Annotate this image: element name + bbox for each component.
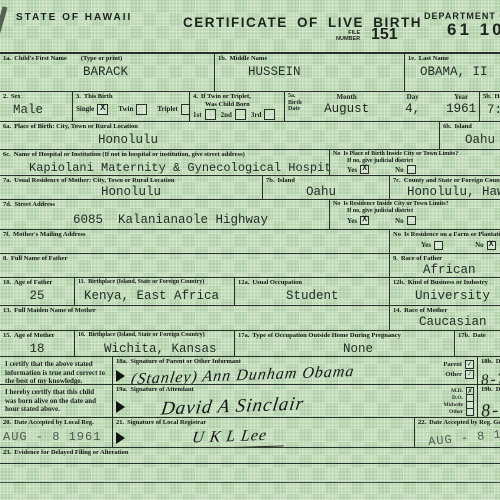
field-22-date-accepted-general: 22.Date Accepted by Reg. General AUG - 8… bbox=[415, 418, 500, 447]
field-6c-hospital: 6c.Name of Hospital or Institution (If n… bbox=[0, 150, 330, 175]
row-place-of-birth: 6a.Place of Birth: City, Town or Rural L… bbox=[0, 122, 500, 150]
reg-general-date-stamp: AUG - 8 1961 bbox=[428, 424, 500, 447]
security-paper-background: STATE OF HAWAII CERTIFICATE OF LIVE BIRT… bbox=[0, 0, 500, 500]
value-street-address: 6085 Kalanianaole Highway bbox=[73, 213, 326, 227]
form-grid: 1a.Child's First Name(Type or print) BAR… bbox=[0, 52, 500, 464]
row-hospital: 6c.Name of Hospital or Institution (If n… bbox=[0, 150, 500, 176]
value-hour: 7:24 P.M. bbox=[487, 103, 500, 117]
value-father-age: 25 bbox=[3, 289, 71, 303]
field-7a-residence-city: 7a.Usual Residence of Mother: City, Town… bbox=[0, 176, 263, 199]
value-occupation: Student bbox=[286, 289, 386, 303]
field-11-father-birthplace: 11.Birthplace (Island, State or Foreign … bbox=[75, 278, 235, 305]
value-birth-island: Oahu bbox=[465, 133, 500, 147]
field-12a-occupation: 12a.Usual Occupation Student bbox=[235, 278, 390, 305]
row-registrar: 20.Date Accepted by Local Reg. AUG - 8 1… bbox=[0, 418, 500, 448]
row-mother-details: 15.Age of Mother 18 16.Birthplace (Islan… bbox=[0, 331, 500, 357]
value-middle-name: HUSSEIN bbox=[248, 65, 401, 79]
field-5b-hour: 5b.Hour 7:24 P.M. bbox=[480, 92, 500, 121]
checkbox-7g-no: X bbox=[487, 241, 496, 250]
field-16-mother-birthplace: 16.Birthplace (Island, State or Foreign … bbox=[75, 331, 235, 356]
field-7g-farm: NoIs Residence on a Farm or Plantation? … bbox=[390, 230, 500, 253]
value-mother-birthplace: Wichita, Kansas bbox=[104, 342, 231, 356]
checkbox-parent: ✓ bbox=[465, 360, 474, 369]
field-17b-date: 17b.Date bbox=[455, 331, 500, 356]
value-occupation-pregnancy: None bbox=[343, 342, 451, 356]
bottom-rule bbox=[0, 482, 500, 483]
field-1e-last-name: 1e.Last Name OBAMA, II bbox=[405, 54, 500, 91]
field-23-delayed-filing: 23.Evidence for Delayed Filing or Altera… bbox=[0, 448, 500, 463]
value-mother-age: 18 bbox=[3, 342, 71, 356]
value-residence-city: Honolulu bbox=[101, 185, 259, 199]
signature-arrow-icon bbox=[116, 401, 125, 413]
field-7b-island: 7b.Island Oahu bbox=[263, 176, 390, 199]
field-5a-birth-date: 5a.BirthDate MonthAugust Day4, Year1961 bbox=[285, 92, 480, 121]
row-child-name: 1a.Child's First Name(Type or print) BAR… bbox=[0, 54, 500, 92]
value-birth-city: Honolulu bbox=[98, 133, 436, 147]
field-12b-business: 12b.Kind of Business or Industry Univers… bbox=[390, 278, 500, 305]
row-parent-signature: I certify that the above stated informat… bbox=[0, 357, 500, 385]
birth-year: Year1961 bbox=[434, 93, 480, 120]
certificate-document: STATE OF HAWAII CERTIFICATE OF LIVE BIRT… bbox=[0, 0, 500, 500]
value-mother-race: Caucasian bbox=[419, 315, 500, 329]
father-first: BARACK bbox=[81, 277, 126, 278]
field-14-mother-race: 14.Race of Mother Caucasian bbox=[390, 306, 500, 330]
field-9-father-race: 9.Race of Father African bbox=[390, 254, 500, 277]
field-13-mother-name: 13.Full Maiden Name of Mother STANLEY AN… bbox=[0, 306, 390, 330]
value-last-name: OBAMA, II bbox=[420, 65, 500, 79]
field-7c-county-state: 7c.County and State or Foreign Country H… bbox=[390, 176, 500, 199]
attendant-signature: David A Sinclair bbox=[159, 393, 305, 417]
field-17a-occupation-pregnancy: 17a.Type of Occupation Outside Home Duri… bbox=[235, 331, 455, 356]
parent-signature: (Stanley) Ann Dunham Obama bbox=[130, 363, 356, 384]
value-residence-island: Oahu bbox=[306, 185, 386, 199]
local-reg-date-stamp: AUG - 8 1961 bbox=[3, 430, 109, 444]
field-18a-parent-signature: 18a.Signature of Parent or Other Informa… bbox=[113, 357, 478, 384]
row-mailing-address: 7f.Mother's Mailing Address NoIs Residen… bbox=[0, 230, 500, 254]
field-21-registrar-signature: 21.Signature of Local Registrar U K L Le… bbox=[113, 418, 415, 447]
value-county-state: Honolulu, Hawaii bbox=[407, 185, 500, 199]
birth-day: Day4, bbox=[392, 93, 434, 120]
row-attendant-signature: I hereby certify that this child was bor… bbox=[0, 385, 500, 418]
value-business: University bbox=[415, 289, 500, 303]
row-street-address: 7d.Street Address 6085 Kalanianaole High… bbox=[0, 200, 500, 230]
checkbox-7g-yes bbox=[434, 241, 443, 250]
certification-statement-1: I certify that the above stated informat… bbox=[0, 357, 113, 384]
row-mother-residence: 7a.Usual Residence of Mother: City, Town… bbox=[0, 176, 500, 200]
document-header: STATE OF HAWAII CERTIFICATE OF LIVE BIRT… bbox=[0, 0, 500, 52]
checkbox-triplet bbox=[181, 104, 190, 115]
value-hospital: Kapiolani Maternity & Gynecological Hosp… bbox=[29, 161, 326, 175]
checkbox-7e-no bbox=[407, 216, 416, 225]
certificate-number: 61 10641 bbox=[447, 20, 500, 40]
value-first-name: BARACK bbox=[83, 65, 211, 79]
field-7f-mailing-address: 7f.Mother's Mailing Address bbox=[0, 230, 390, 253]
checkbox-attendant-other bbox=[466, 408, 474, 416]
field-1a-first-name: 1a.Child's First Name(Type or print) BAR… bbox=[0, 54, 215, 91]
field-6d-inside-limits: NoIs Place of Birth Inside City or Town … bbox=[330, 150, 500, 175]
field-1b-middle-name: 1b.Middle Name HUSSEIN bbox=[215, 54, 405, 91]
registrar-signature: U K L Lee bbox=[185, 426, 287, 447]
value-father-birthplace: Kenya, East Africa bbox=[84, 289, 231, 303]
value-19b-date: 8-8-61 bbox=[480, 395, 500, 417]
row-father-details: 10.Age of Father 25 11.Birthplace (Islan… bbox=[0, 278, 500, 306]
field-4-twin-order: 4.If Twin or Triplet,Was Child Born 1st … bbox=[190, 92, 285, 121]
checkbox-6d-yes: X bbox=[360, 165, 369, 174]
field-8-father-name: 8.Full Name of Father BARACK HUSSEIN OBA… bbox=[0, 254, 390, 277]
value-father-race: African bbox=[423, 263, 500, 277]
row-sex-birthdate: 2.Sex Male 3.This Birth SingleX Twin Tri… bbox=[0, 92, 500, 122]
file-number-label: FILE NUMBER bbox=[336, 30, 360, 42]
file-number-value: 151 bbox=[371, 26, 398, 44]
field-6b-island: 6b.Island Oahu bbox=[440, 122, 500, 149]
checkbox-single: X bbox=[97, 104, 108, 115]
checkbox-1st bbox=[205, 109, 216, 120]
certification-statement-2: I hereby certify that this child was bor… bbox=[0, 385, 113, 417]
checkbox-other-informant: ✓ bbox=[465, 370, 474, 379]
row-father-name: 8.Full Name of Father BARACK HUSSEIN OBA… bbox=[0, 254, 500, 278]
field-19b-date: 19b.Date 8-8-61 bbox=[478, 385, 500, 417]
checkbox-2nd bbox=[235, 109, 246, 120]
checkbox-7e-yes: X bbox=[360, 216, 369, 225]
state-label: STATE OF HAWAII bbox=[16, 12, 132, 23]
value-sex: Male bbox=[13, 103, 69, 117]
value-18b-date: 8-7-61 bbox=[480, 367, 500, 384]
field-7e-inside-limits: NoIs Residence Inside City or Town Limit… bbox=[330, 200, 500, 229]
row-mother-name: 13.Full Maiden Name of Mother STANLEY AN… bbox=[0, 306, 500, 331]
signature-arrow-icon bbox=[116, 370, 125, 382]
field-6a-place-of-birth: 6a.Place of Birth: City, Town or Rural L… bbox=[0, 122, 440, 149]
field-15-mother-age: 15.Age of Mother 18 bbox=[0, 331, 75, 356]
checkbox-6d-no bbox=[407, 165, 416, 174]
field-20-date-accepted-local: 20.Date Accepted by Local Reg. AUG - 8 1… bbox=[0, 418, 113, 447]
field-18b-date: 18b.Date 8-7-61 bbox=[478, 357, 500, 384]
field-3-this-birth: 3.This Birth SingleX Twin Triplet bbox=[73, 92, 190, 121]
field-2-sex: 2.Sex Male bbox=[0, 92, 73, 121]
mother-first: STANLEY bbox=[91, 329, 144, 331]
field-19a-attendant-signature: 19a.Signature of Attendant David A Sincl… bbox=[113, 385, 478, 417]
birth-month: MonthAugust bbox=[302, 93, 392, 120]
field-7d-street-address: 7d.Street Address 6085 Kalanianaole High… bbox=[0, 200, 330, 229]
field-10-father-age: 10.Age of Father 25 bbox=[0, 278, 75, 305]
row-delayed-filing: 23.Evidence for Delayed Filing or Altera… bbox=[0, 448, 500, 464]
signature-arrow-icon bbox=[116, 432, 125, 444]
checkbox-twin bbox=[136, 104, 147, 115]
checkbox-3rd bbox=[264, 109, 275, 120]
